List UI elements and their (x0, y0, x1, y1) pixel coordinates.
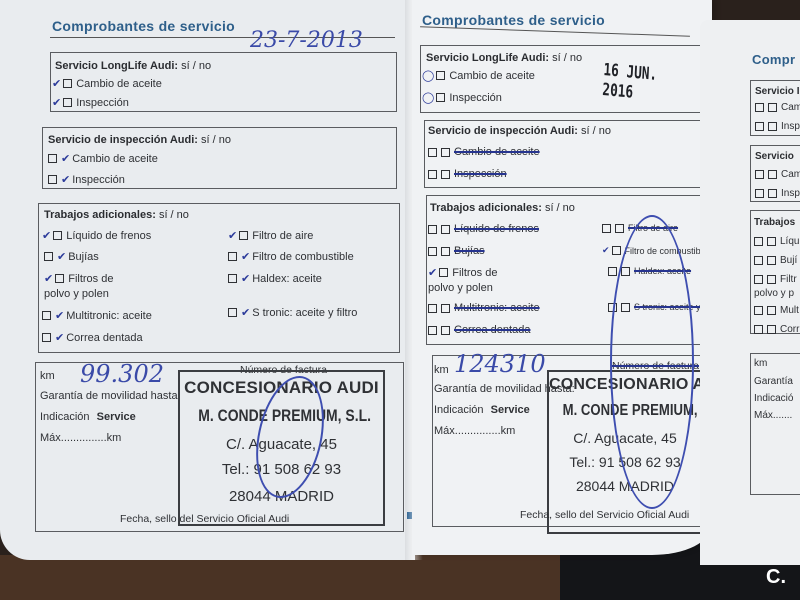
far-page-title: Compr (752, 52, 795, 67)
far-heading: Servicio (755, 151, 794, 162)
checkbox-item[interactable]: ✔S tronic: aceite y filtro (228, 306, 357, 319)
watermark: C. (766, 566, 786, 589)
checkbox-icon (615, 224, 624, 233)
checkbox-icon (63, 79, 72, 88)
check-mark-icon: ✔ (241, 250, 250, 263)
checkbox-icon (42, 333, 51, 342)
check-mark-icon: ✔ (52, 77, 61, 90)
max-km-label: Máx...............km (434, 425, 515, 437)
checkbox-icon (428, 326, 437, 335)
checkbox-icon (55, 274, 64, 283)
checkbox-icon (441, 247, 450, 256)
checkbox-item[interactable]: ◯Cambio de aceite (422, 69, 535, 82)
far-footer-box (750, 353, 800, 495)
checkbox-icon (441, 148, 450, 157)
circle-mark-icon: ◯ (422, 91, 434, 104)
far-item: Filtr (754, 274, 797, 285)
indication-label: Indicación Service (40, 411, 136, 423)
far-item: Máx....... (754, 410, 792, 421)
additional-heading: Trabajos adicionales: sí / no (44, 209, 189, 221)
checkbox-item[interactable]: Bujías (428, 245, 485, 257)
check-mark-icon: ✔ (52, 96, 61, 109)
far-item: polvo y p (754, 288, 794, 299)
check-mark-icon: ✔ (55, 331, 64, 344)
left-page-title: Comprobantes de servicio (52, 18, 235, 34)
check-mark-icon: ✔ (241, 306, 250, 319)
far-item: Bují (754, 255, 797, 266)
checkbox-icon (436, 71, 445, 80)
check-mark-icon: ✔ (602, 245, 610, 256)
checkbox-icon (428, 170, 437, 179)
longlife-heading: Servicio LongLife Audi: sí / no (426, 52, 582, 64)
checkbox-icon (428, 225, 437, 234)
seal-label: Fecha, sello del Servicio Oficial Audi (520, 509, 689, 521)
left-page: Comprobantes de servicio 23-7-2013 Servi… (0, 0, 415, 560)
checkbox-item[interactable]: ✔Bujías (44, 250, 99, 263)
far-item: Corr (754, 324, 799, 335)
item-label-continued: polvo y polen (44, 288, 109, 300)
far-item: Líqu (754, 236, 799, 247)
checkbox-icon (428, 148, 437, 157)
checkbox-icon (441, 225, 450, 234)
checkbox-icon (441, 304, 450, 313)
check-mark-icon: ✔ (44, 272, 53, 285)
checkbox-icon (612, 246, 621, 255)
signature-scribble (610, 215, 694, 509)
far-item: Mult (754, 305, 799, 316)
check-mark-icon: ✔ (228, 229, 237, 242)
checkbox-item[interactable]: ◯Inspección (422, 91, 502, 104)
far-item: Cam (755, 169, 800, 180)
check-mark-icon: ✔ (61, 152, 70, 165)
checkbox-item[interactable]: ✔Inspección (52, 96, 129, 109)
inspection-heading: Servicio de inspección Audi: sí / no (48, 134, 231, 146)
far-page: Compr Servicio I Cam Insp Servicio Cam I… (700, 20, 800, 565)
checkbox-item[interactable]: ✔Haldex: aceite (228, 272, 322, 285)
max-km-label: Máx...............km (40, 432, 121, 444)
check-mark-icon: ✔ (55, 309, 64, 322)
checkbox-icon (48, 154, 57, 163)
checkbox-icon (48, 175, 57, 184)
item-label-continued: polvo y polen (428, 282, 493, 294)
indication-label: Indicación Service (434, 404, 530, 416)
checkbox-item[interactable]: ✔Cambio de aceite (48, 152, 158, 165)
far-item: Indicació (754, 393, 793, 404)
check-mark-icon: ✔ (42, 229, 51, 242)
checkbox-icon (228, 274, 237, 283)
circle-mark-icon: ◯ (422, 69, 434, 82)
checkbox-icon (239, 231, 248, 240)
checkbox-item[interactable]: ✔Filtro de combustible (228, 250, 354, 263)
checkbox-item[interactable]: ✔Filtro de aire (228, 229, 313, 242)
inspection-heading: Servicio de inspección Audi: sí / no (428, 125, 611, 137)
checkbox-item[interactable]: ✔Multitronic: aceite (42, 309, 152, 322)
checkbox-item[interactable]: ✔Líquido de frenos (42, 229, 151, 242)
checkbox-item[interactable]: ✔Inspección (48, 173, 125, 186)
checkbox-icon (608, 267, 617, 276)
floor-background (0, 555, 560, 600)
guarantee-label: Garantía de movilidad hasta: (40, 390, 181, 402)
far-item: Insp (755, 121, 800, 132)
checkbox-item[interactable]: ✔Filtros de (428, 266, 497, 279)
right-page-title: Comprobantes de servicio (422, 12, 605, 28)
checkbox-item[interactable]: Multitronic: aceite (428, 302, 540, 314)
far-item: Garantía (754, 376, 793, 387)
check-mark-icon: ✔ (61, 173, 70, 186)
checkbox-icon (602, 224, 611, 233)
check-mark-icon: ✔ (57, 250, 66, 263)
far-heading: Servicio I (755, 86, 799, 97)
additional-heading: Trabajos adicionales: sí / no (430, 202, 575, 214)
checkbox-icon (228, 308, 237, 317)
check-mark-icon: ✔ (241, 272, 250, 285)
checkbox-item[interactable]: ✔Filtros de (44, 272, 113, 285)
checkbox-item[interactable]: Líquido de frenos (428, 223, 539, 235)
checkbox-icon (439, 268, 448, 277)
far-heading: Trabajos (754, 217, 795, 228)
checkbox-icon (441, 170, 450, 179)
km-value: 124310 (454, 350, 546, 378)
checkbox-icon (436, 93, 445, 102)
checkbox-item[interactable]: Correa dentada (428, 324, 530, 336)
km-value: 99.302 (80, 360, 164, 388)
checkbox-item[interactable]: Inspección (428, 168, 507, 180)
checkbox-item[interactable]: ✔Cambio de aceite (52, 77, 162, 90)
checkbox-icon (63, 98, 72, 107)
checkbox-icon (428, 304, 437, 313)
km-label: km (434, 364, 449, 376)
km-label: km (40, 370, 55, 382)
checkbox-icon (53, 231, 62, 240)
checkbox-icon (44, 252, 53, 261)
far-item: Insp (755, 188, 800, 199)
longlife-heading: Servicio LongLife Audi: sí / no (55, 60, 211, 72)
checkbox-item[interactable]: ✔Correa dentada (42, 331, 143, 344)
check-mark-icon: ✔ (428, 266, 437, 279)
seal-label: Fecha, sello del Servicio Oficial Audi (120, 513, 289, 525)
checkbox-item[interactable]: Cambio de aceite (428, 146, 540, 158)
right-page: Comprobantes de servicio 16 JUN. 2016 Se… (412, 0, 712, 555)
checkbox-icon (428, 247, 437, 256)
far-item: km (754, 358, 767, 369)
handwritten-date: 23-7-2013 (250, 28, 363, 53)
checkbox-icon (228, 252, 237, 261)
far-item: Cam (755, 102, 800, 113)
checkbox-icon (441, 326, 450, 335)
checkbox-icon (42, 311, 51, 320)
